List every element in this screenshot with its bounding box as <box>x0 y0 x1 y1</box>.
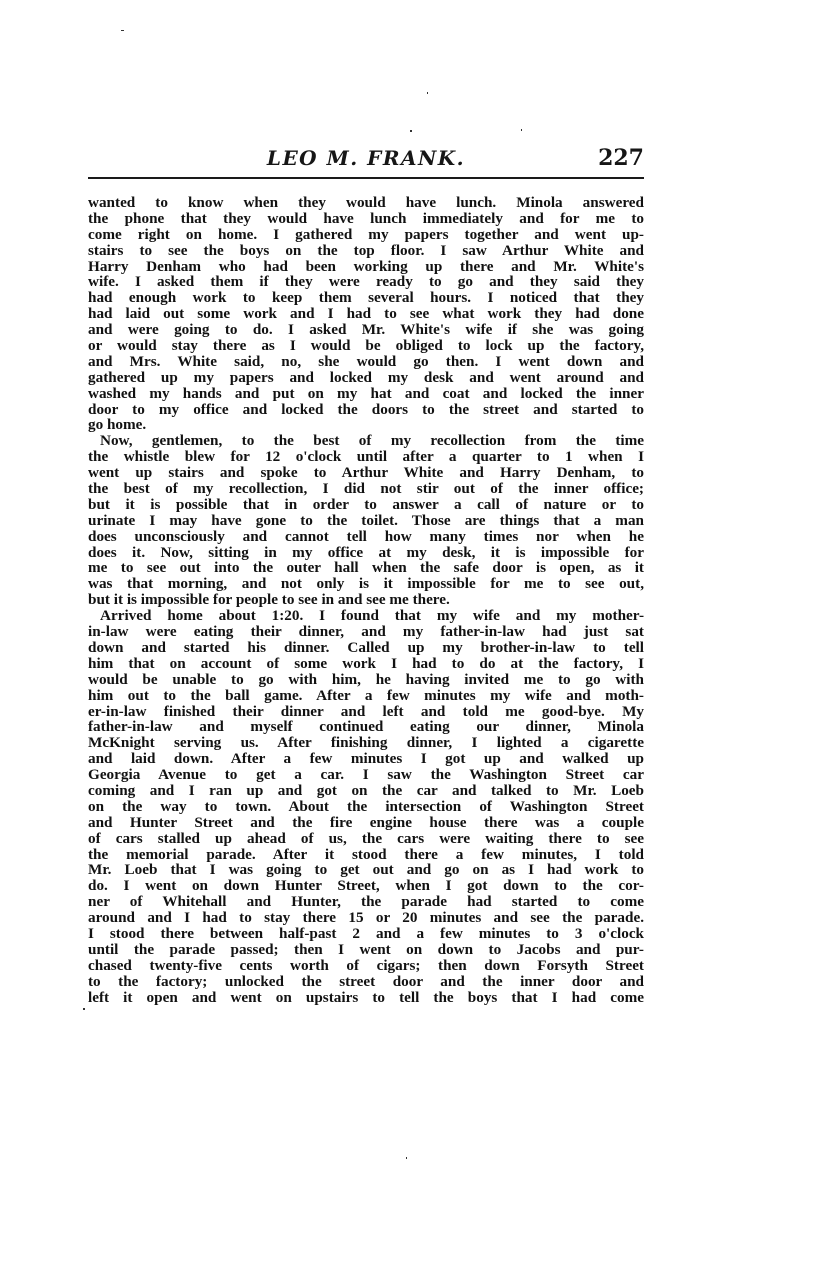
text-line: and Mrs. White said, no, she would go th… <box>88 354 644 370</box>
text-line: go home. <box>88 417 644 433</box>
text-line: McKnight serving us. After finishing din… <box>88 735 644 751</box>
scan-speck <box>121 30 124 31</box>
text-line: coming and I ran up and got on the car a… <box>88 783 644 799</box>
text-line: went up stairs and spoke to Arthur White… <box>88 465 644 481</box>
text-line: him that on account of some work I had t… <box>88 656 644 672</box>
text-line: I stood there between half-past 2 and a … <box>88 926 644 942</box>
text-line: left it open and went on upstairs to tel… <box>88 990 644 1006</box>
text-line: Georgia Avenue to get a car. I saw the W… <box>88 767 644 783</box>
text-line: and laid down. After a few minutes I got… <box>88 751 644 767</box>
text-line: until the parade passed; then I went on … <box>88 942 644 958</box>
text-line: wanted to know when they would have lunc… <box>88 195 644 211</box>
scan-speck <box>410 130 412 132</box>
text-line: the phone that they would have lunch imm… <box>88 211 644 227</box>
text-line: ner of Whitehall and Hunter, the parade … <box>88 894 644 910</box>
text-line: was that morning, and not only is it imp… <box>88 576 644 592</box>
paragraph: Now, gentlemen, to the best of my recoll… <box>88 433 644 608</box>
text-line: had enough work to keep them several hou… <box>88 290 644 306</box>
text-line: chased twenty-five cents worth of cigars… <box>88 958 644 974</box>
text-line: father-in-law and myself continued eatin… <box>88 719 644 735</box>
text-line: in-law were eating their dinner, and my … <box>88 624 644 640</box>
text-line: er-in-law finished their dinner and left… <box>88 704 644 720</box>
body-text: wanted to know when they would have lunc… <box>88 195 644 1005</box>
text-line: urinate I may have gone to the toilet. T… <box>88 513 644 529</box>
text-line: the memorial parade. After it stood ther… <box>88 847 644 863</box>
text-line: does it. Now, sitting in my office at my… <box>88 545 644 561</box>
text-line: or would stay there as I would be oblige… <box>88 338 644 354</box>
text-line: door to my office and locked the doors t… <box>88 402 644 418</box>
text-line: but it is possible that in order to answ… <box>88 497 644 513</box>
book-page: LEO M. FRANK. 227 wanted to know when th… <box>88 0 644 1284</box>
paragraph: Arrived home about 1:20. I found that my… <box>88 608 644 1005</box>
scan-speck <box>83 1008 85 1010</box>
text-line: Mr. Loeb that I was going to get out and… <box>88 862 644 878</box>
text-line: on the way to town. About the intersecti… <box>88 799 644 815</box>
text-line: him out to the ball game. After a few mi… <box>88 688 644 704</box>
scan-speck <box>521 129 522 131</box>
text-line: had laid out some work and I had to see … <box>88 306 644 322</box>
text-line: would be unable to go with him, he havin… <box>88 672 644 688</box>
text-line: does unconsciously and cannot tell how m… <box>88 529 644 545</box>
text-line: gathered up my papers and locked my desk… <box>88 370 644 386</box>
text-line: Harry Denham who had been working up the… <box>88 259 644 275</box>
text-line: washed my hands and put on my hat and co… <box>88 386 644 402</box>
text-line: do. I went on down Hunter Street, when I… <box>88 878 644 894</box>
scan-speck <box>406 1157 407 1159</box>
text-line: the best of my recollection, I did not s… <box>88 481 644 497</box>
text-line: me to see out into the outer hall when t… <box>88 560 644 576</box>
text-line: Arrived home about 1:20. I found that my… <box>88 608 644 624</box>
text-line: down and started his dinner. Called up m… <box>88 640 644 656</box>
scan-speck <box>427 92 428 94</box>
text-line: of cars stalled up ahead of us, the cars… <box>88 831 644 847</box>
text-line: and Hunter Street and the fire engine ho… <box>88 815 644 831</box>
text-line: the whistle blew for 12 o'clock until af… <box>88 449 644 465</box>
header-rule <box>88 177 644 179</box>
text-line: wife. I asked them if they were ready to… <box>88 274 644 290</box>
text-line: but it is impossible for people to see i… <box>88 592 644 608</box>
text-line: come right on home. I gathered my papers… <box>88 227 644 243</box>
running-head: LEO M. FRANK. 227 <box>88 146 644 174</box>
text-line: to the factory; unlocked the street door… <box>88 974 644 990</box>
text-line: stairs to see the boys on the top floor.… <box>88 243 644 259</box>
text-line: and were going to do. I asked Mr. White'… <box>88 322 644 338</box>
text-line: around and I had to stay there 15 or 20 … <box>88 910 644 926</box>
text-line: Now, gentlemen, to the best of my recoll… <box>88 433 644 449</box>
running-title: LEO M. FRANK. <box>88 146 644 170</box>
page-number: 227 <box>598 145 644 171</box>
paragraph: wanted to know when they would have lunc… <box>88 195 644 433</box>
